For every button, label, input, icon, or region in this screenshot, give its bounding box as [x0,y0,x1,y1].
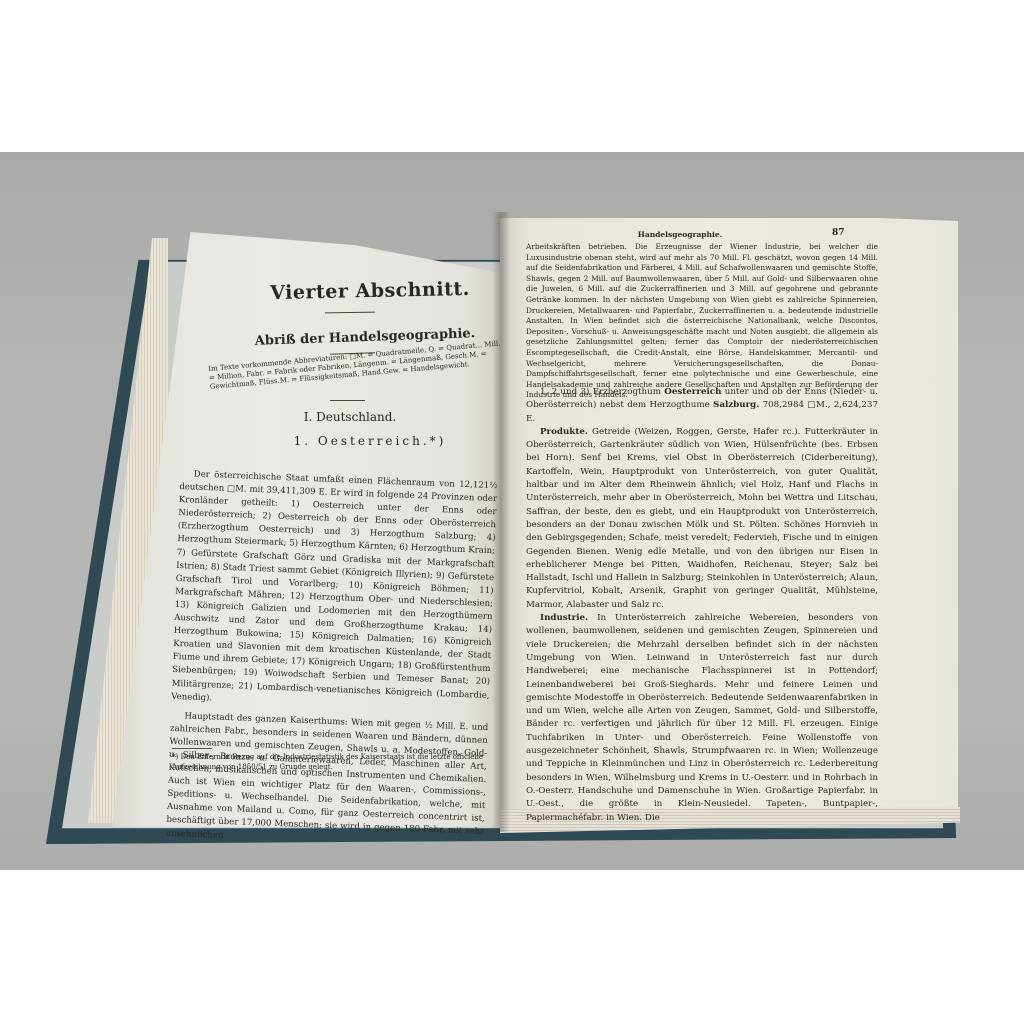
left-body-text: Der österreichische Staat umfaßt einen F… [165,468,497,859]
right-top-paragraph: Arbeitskräften betrieben. Die Erzeugniss… [526,242,878,401]
entry-paragraph: 1, 2 und 3) Erzherzogthum Oesterreich un… [526,386,878,426]
entry-name: Oesterreich [664,387,721,397]
products-paragraph: Produkte. Getreide (Weizen, Roggen, Gers… [526,426,878,612]
page-number: 87 [832,228,845,238]
photo-background: Vierter Abschnitt. Abriß der Handelsgeog… [0,152,1024,870]
left-paragraph: Der österreichische Staat umfaßt einen F… [171,468,498,716]
products-label: Produkte. [540,427,588,437]
chapter-heading: Vierter Abschnitt. [270,278,470,304]
right-body-text: 1, 2 und 3) Erzherzogthum Oesterreich un… [526,386,878,825]
running-header: Handelsgeographie. [590,230,770,239]
left-paragraph: Hauptstadt des ganzen Kaiserthums: Wien … [166,710,489,853]
entry-name-salzburg: Salzburg. [713,400,759,410]
abbrev-rule [330,400,365,401]
footnote-rule [172,748,212,749]
subsection-title: 1. Oesterreich.*) [270,434,470,448]
industry-label: Industrie. [540,613,588,623]
footnote: *) Den Ziffern in Bezug auf die Industri… [172,752,490,772]
industry-paragraph: Industrie. In Unterösterreich zahlreiche… [526,612,878,825]
industry-text: In Unterösterreich zahlreiche Webereien,… [526,613,878,822]
entry-intro: 1, 2 und 3) Erzherzogthum [540,387,661,397]
products-text: Getreide (Weizen, Roggen, Gerste, Hafer … [526,427,878,610]
section-title: I. Deutschland. [250,410,450,424]
